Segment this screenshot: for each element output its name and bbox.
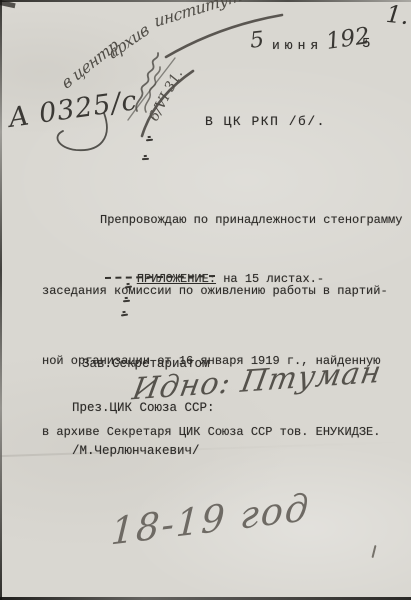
date-month-typed: июня [272, 38, 323, 53]
attachment-value: на 15 листах.- [216, 272, 324, 286]
signature-name: /М.Черлюнчакевич/ [72, 444, 215, 459]
ditto-mark [146, 139, 153, 142]
pencil-tick-mark [371, 545, 376, 558]
archive-annotation-part2: архив [105, 20, 151, 63]
date-year-typed: 5 [362, 36, 370, 52]
scanned-document-page: 1. в центр архив института, 6/VI 31. 5 и… [0, 0, 411, 600]
ditto-mark [142, 158, 149, 160]
registry-number-handwritten: А 0325/с [6, 85, 139, 134]
attachment-label: ПРИЛОЖЕНИЕ: [137, 272, 216, 286]
scan-edge-left [0, 0, 2, 600]
page-number-handwritten: 1. [385, 0, 411, 30]
attachment-line: ПРИЛОЖЕНИЕ: на 15 листах.- [108, 258, 324, 300]
signature-block: Зав.Секретариатом През.ЦИК Союза ССР: /М… [72, 328, 215, 488]
bottom-pencil-note: 18-19 год [110, 486, 312, 554]
archive-annotation-date: 6/VI 31. [146, 67, 186, 124]
body-line: Препровождаю по принадлежности стенограм… [42, 209, 406, 233]
date-day-handwritten: 5 [249, 27, 266, 53]
archive-annotation-part3: института, [153, 0, 256, 31]
addressee-line: В ЦК РКП /б/. [205, 114, 326, 129]
